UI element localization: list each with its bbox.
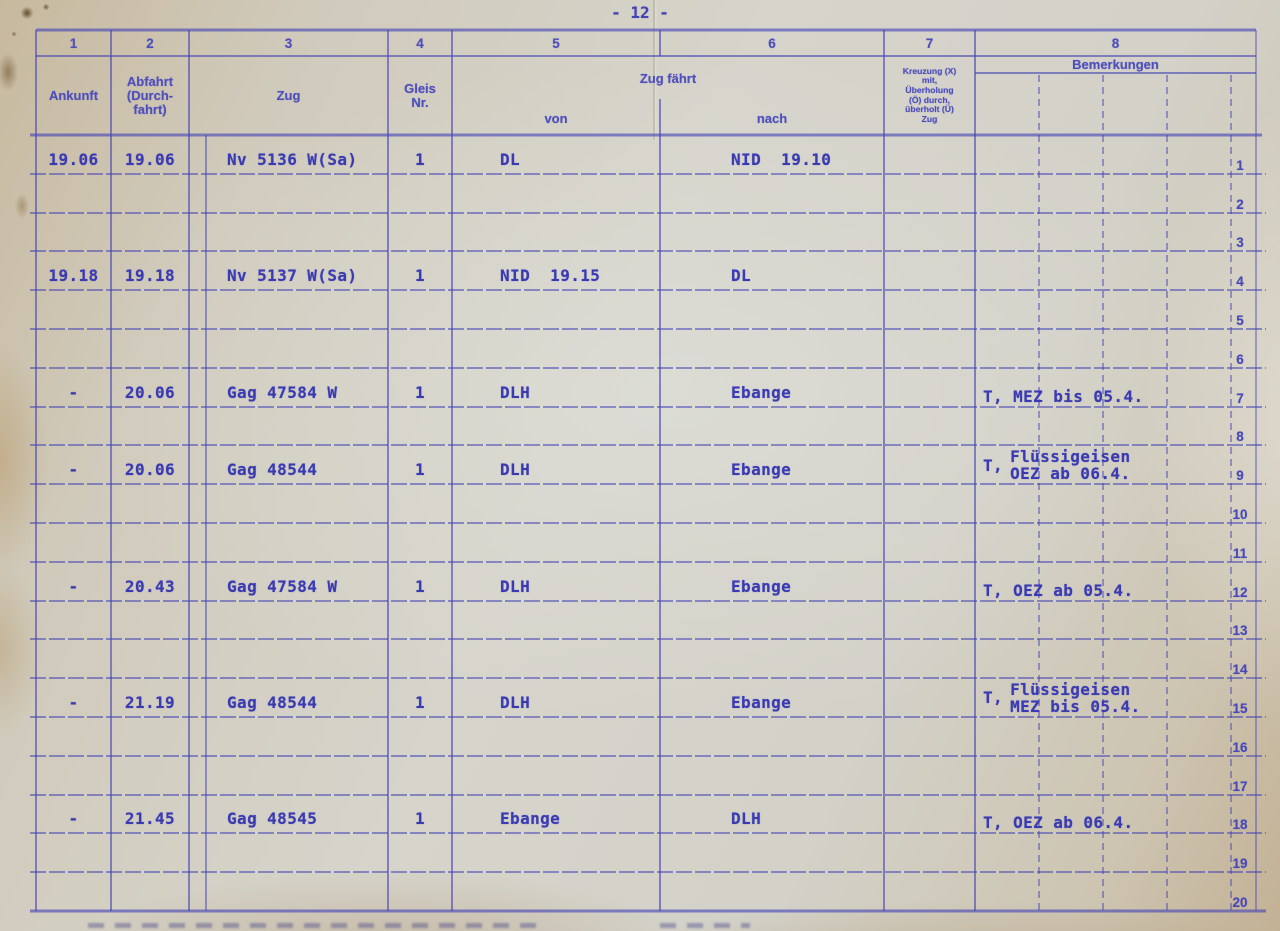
col-number-2: 2: [111, 30, 189, 56]
cell-ankunft: -: [36, 460, 111, 479]
cell-gleis: 1: [388, 693, 452, 712]
bemerkung-text: Flüssigeisen OEZ ab 06.4.: [1010, 448, 1130, 482]
header-ankunft: Ankunft: [36, 56, 111, 135]
row-number: 20: [1227, 895, 1253, 910]
cell-von: NID 19.15: [500, 266, 600, 285]
row-number: 14: [1227, 662, 1253, 677]
cell-nach: DLH: [731, 809, 761, 828]
row-number: 17: [1227, 779, 1253, 794]
cell-bemerkung: T,Flüssigeisen OEZ ab 06.4.: [983, 448, 1243, 482]
cell-von: DLH: [500, 693, 530, 712]
col-number-8: 8: [975, 30, 1256, 56]
table-row-19: 19: [0, 833, 1280, 872]
header-von: von: [452, 105, 660, 133]
table-row-6: 6: [0, 329, 1280, 368]
cell-ankunft: 19.06: [36, 150, 111, 169]
cell-zug: Nv 5136 W(Sa): [227, 150, 357, 169]
col-number-7: 7: [884, 30, 975, 56]
table-row-4: 19.18 19.18 Nv 5137 W(Sa) 1 NID 19.15 DL…: [0, 251, 1280, 290]
cell-gleis: 1: [388, 383, 452, 402]
cell-gleis: 1: [388, 577, 452, 596]
table-row-2: 2: [0, 174, 1280, 213]
cell-bemerkung: T, MEZ bis 05.4.: [983, 388, 1243, 405]
cell-von: DLH: [500, 383, 530, 402]
header-gleis-nr: Gleis Nr.: [388, 56, 452, 135]
row-number: 2: [1227, 197, 1253, 212]
bemerkung-text: T, OEZ ab 05.4.: [983, 582, 1134, 599]
cell-bemerkung: T,Flüssigeisen MEZ bis 05.4.: [983, 681, 1243, 715]
bemerkung-text: T, OEZ ab 06.4.: [983, 814, 1134, 831]
row-number: 4: [1227, 274, 1253, 289]
cell-von: DLH: [500, 577, 530, 596]
cell-ankunft: -: [36, 383, 111, 402]
table-row-18: - 21.45 Gag 48545 1 Ebange DLH T, OEZ ab…: [0, 795, 1280, 834]
cell-abfahrt: 20.06: [111, 383, 189, 402]
table-row-10: 10: [0, 484, 1280, 523]
col-number-3: 3: [189, 30, 388, 56]
bemerkung-prefix: T,: [983, 457, 1003, 474]
cell-abfahrt: 21.45: [111, 809, 189, 828]
header-abfahrt: Abfahrt (Durch- fahrt): [111, 56, 189, 135]
table-row-8: 8: [0, 407, 1280, 446]
cell-zug: Gag 48544: [227, 460, 317, 479]
cell-nach: Ebange: [731, 577, 791, 596]
cell-ankunft: -: [36, 577, 111, 596]
table-row-11: 11: [0, 523, 1280, 562]
cell-ankunft: 19.18: [36, 266, 111, 285]
scanned-timetable-sheet: - 12 -: [0, 0, 1280, 931]
col-number-4: 4: [388, 30, 452, 56]
timetable-rows: 19.06 19.06 Nv 5136 W(Sa) 1 DL NID 19.10…: [0, 135, 1280, 911]
table-row-9: - 20.06 Gag 48544 1 DLH Ebange T,Flüssig…: [0, 445, 1280, 484]
header-zug-faehrt: Zug fährt: [452, 60, 884, 98]
table-row-16: 16: [0, 717, 1280, 756]
row-number: 3: [1227, 235, 1253, 250]
cell-zug: Gag 48544: [227, 693, 317, 712]
row-number: 13: [1227, 623, 1253, 638]
cutoff-print-artifact: [660, 923, 750, 928]
cell-gleis: 1: [388, 150, 452, 169]
table-row-7: - 20.06 Gag 47584 W 1 DLH Ebange T, MEZ …: [0, 368, 1280, 407]
cell-nach: Ebange: [731, 383, 791, 402]
cell-nach: Ebange: [731, 693, 791, 712]
cell-gleis: 1: [388, 809, 452, 828]
cell-bemerkung: T, OEZ ab 05.4.: [983, 582, 1243, 599]
row-number: 16: [1227, 740, 1253, 755]
cell-abfahrt: 19.18: [111, 266, 189, 285]
header-zug: Zug: [189, 56, 388, 135]
table-row-15: - 21.19 Gag 48544 1 DLH Ebange T,Flüssig…: [0, 678, 1280, 717]
header-nach: nach: [660, 105, 884, 133]
cell-gleis: 1: [388, 460, 452, 479]
table-row-13: 13: [0, 601, 1280, 640]
bemerkung-text: T, MEZ bis 05.4.: [983, 388, 1144, 405]
table-row-17: 17: [0, 756, 1280, 795]
cell-abfahrt: 21.19: [111, 693, 189, 712]
row-number: 12: [1227, 585, 1253, 600]
row-number: 15: [1227, 701, 1253, 716]
table-row-1: 19.06 19.06 Nv 5136 W(Sa) 1 DL NID 19.10…: [0, 135, 1280, 174]
cutoff-print-artifact: [88, 923, 538, 928]
cell-nach: DL: [731, 266, 751, 285]
table-row-12: - 20.43 Gag 47584 W 1 DLH Ebange T, OEZ …: [0, 562, 1280, 601]
row-number: 9: [1227, 468, 1253, 483]
cell-nach: Ebange: [731, 460, 791, 479]
cell-zug: Gag 47584 W: [227, 577, 337, 596]
bemerkung-text: Flüssigeisen MEZ bis 05.4.: [1010, 681, 1140, 715]
header-kreuzung: Kreuzung (X) mit, Überholung (Ö) durch, …: [884, 57, 975, 134]
row-number: 5: [1227, 313, 1253, 328]
col-number-6: 6: [660, 30, 884, 56]
cell-abfahrt: 19.06: [111, 150, 189, 169]
table-row-14: 14: [0, 639, 1280, 678]
row-number: 7: [1227, 391, 1253, 406]
cell-von: DLH: [500, 460, 530, 479]
col-number-5: 5: [452, 30, 660, 56]
cell-zug: Gag 48545: [227, 809, 317, 828]
row-number: 6: [1227, 352, 1253, 367]
cell-zug: Gag 47584 W: [227, 383, 337, 402]
row-number: 19: [1227, 856, 1253, 871]
row-number: 18: [1227, 817, 1253, 832]
row-number: 10: [1227, 507, 1253, 522]
cell-bemerkung: T, OEZ ab 06.4.: [983, 814, 1243, 831]
cell-zug: Nv 5137 W(Sa): [227, 266, 357, 285]
table-row-5: 5: [0, 290, 1280, 329]
row-number: 8: [1227, 429, 1253, 444]
table-row-3: 3: [0, 213, 1280, 252]
cell-gleis: 1: [388, 266, 452, 285]
row-number: 1: [1227, 158, 1253, 173]
bemerkung-prefix: T,: [983, 689, 1003, 706]
cell-ankunft: -: [36, 809, 111, 828]
table-row-20: 20: [0, 872, 1280, 911]
col-number-1: 1: [36, 30, 111, 56]
cell-ankunft: -: [36, 693, 111, 712]
cell-von: Ebange: [500, 809, 560, 828]
cell-abfahrt: 20.06: [111, 460, 189, 479]
cell-von: DL: [500, 150, 520, 169]
row-number: 11: [1227, 546, 1253, 561]
cell-abfahrt: 20.43: [111, 577, 189, 596]
header-bemerkungen: Bemerkungen: [975, 56, 1256, 74]
cell-nach: NID 19.10: [731, 150, 831, 169]
